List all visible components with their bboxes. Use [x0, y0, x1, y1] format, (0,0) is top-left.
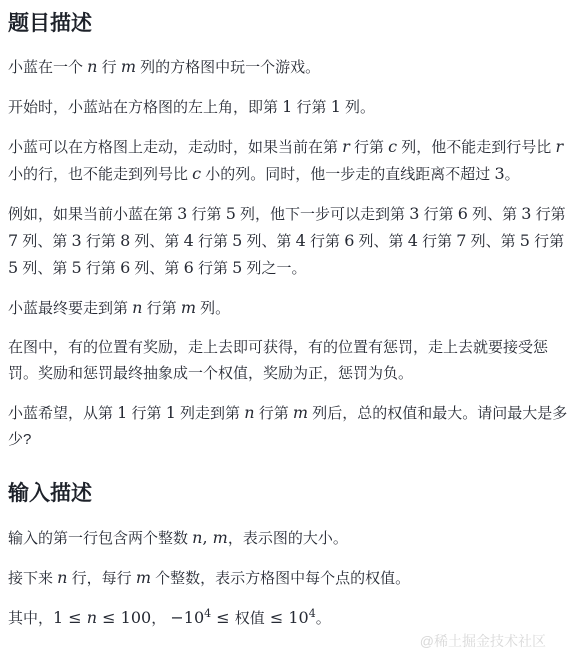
text-run: 行第 [194, 260, 232, 277]
math-number: 4 [296, 231, 306, 250]
text-run: 行 [97, 59, 120, 76]
text-run: ，表示图的大小。 [228, 530, 348, 547]
text-run: 行第 [194, 233, 232, 250]
text-run: 小的列。同时，他一步走的直线距离不超过 [201, 166, 494, 183]
text-run: 行第 [142, 300, 180, 317]
paragraph: 接下来 n 行，每行 m 个整数，表示方格图中每个点的权值。 [8, 565, 568, 592]
math-variable: m [136, 568, 151, 587]
paragraph: 输入的第一行包含两个整数 n, m，表示图的大小。 [8, 525, 568, 552]
text-run: 行第 [127, 405, 165, 422]
math-variable: m [213, 528, 228, 547]
math-variable: n [87, 608, 97, 627]
math-variable: m [121, 57, 136, 76]
text-run: 行第 [350, 139, 388, 156]
text-run: 列、第 [466, 233, 519, 250]
text-run: 例如，如果当前小蓝在第 [8, 206, 177, 223]
math-variable: m [181, 298, 196, 317]
paragraph: 例如，如果当前小蓝在第 3 行第 5 列，他下一步可以走到第 3 行第 6 列、… [8, 201, 568, 282]
text-run: 在图中，有的位置有奖励，走上去即可获得，有的位置有惩罚，走上去就要接受惩罚。奖励… [8, 339, 548, 382]
text-run: 行第 [255, 405, 293, 422]
paragraph: 在图中，有的位置有奖励，走上去即可获得，有的位置有惩罚，走上去就要接受惩罚。奖励… [8, 335, 568, 387]
text-run: 小的行，也不能走到列号比 [8, 166, 192, 183]
text-run: 列、第 [354, 233, 407, 250]
math-number: 1 [117, 403, 127, 422]
text-run: 行第 [531, 206, 565, 223]
math-variable: c [388, 137, 397, 156]
section-title-input: 输入描述 [8, 480, 568, 508]
text-run: 行第 [82, 260, 120, 277]
text-run: 列，他下一步可以走到第 [236, 206, 409, 223]
paragraph: 开始时，小蓝站在方格图的左上角，即第 1 行第 1 列。 [8, 94, 568, 121]
section-description: 题目描述 小蓝在一个 n 行 m 列的方格图中玩一个游戏。 开始时，小蓝站在方格… [8, 10, 568, 453]
text-run: 。 [316, 610, 331, 627]
problem-statement-page: 题目描述 小蓝在一个 n 行 m 列的方格图中玩一个游戏。 开始时，小蓝站在方格… [0, 0, 577, 661]
text-run: 权值 [235, 610, 265, 627]
math-number: 5 [232, 231, 242, 250]
math-number: 4 [408, 231, 418, 250]
text-run: 列。 [341, 99, 375, 116]
math-number: 5 [72, 258, 82, 277]
text-run: 列走到第 [176, 405, 244, 422]
math-variable: n [244, 403, 254, 422]
text-run: 列。 [196, 300, 230, 317]
section-title-description: 题目描述 [8, 10, 568, 38]
math-number: 1 [166, 403, 176, 422]
math-number: 5 [8, 258, 18, 277]
text-run: 行第 [292, 99, 330, 116]
math-variable: m [293, 403, 308, 422]
math-number: ≤ [211, 608, 235, 627]
paragraph: 小蓝在一个 n 行 m 列的方格图中玩一个游戏。 [8, 54, 568, 81]
math-number: 4 [184, 231, 194, 250]
math-variable: r [342, 137, 350, 156]
math-number: 3 [177, 204, 187, 223]
math-number: ≤ 10 [265, 608, 309, 627]
text-run: 行，每行 [67, 570, 135, 587]
math-variable: r [555, 137, 563, 156]
math-number: 7 [8, 231, 18, 250]
math-number: 5 [226, 204, 236, 223]
math-number: 8 [120, 231, 130, 250]
text-run: 列、第 [18, 233, 71, 250]
text-run: 列、第 [130, 233, 183, 250]
text-run: 列，他不能走到行号比 [397, 139, 555, 156]
text-run: 行第 [82, 233, 120, 250]
text-run: 小蓝在一个 [8, 59, 87, 76]
text-run: 行第 [419, 206, 457, 223]
math-variable: n [132, 298, 142, 317]
math-number: 5 [520, 231, 530, 250]
math-number: 6 [344, 231, 354, 250]
math-superscript: 4 [204, 607, 211, 620]
math-number: −10 [170, 608, 204, 627]
math-number: 6 [184, 258, 194, 277]
math-variable: n [192, 528, 202, 547]
text-run: ， [151, 610, 170, 627]
text-run: 开始时，小蓝站在方格图的左上角，即第 [8, 99, 282, 116]
paragraph: 小蓝最终要走到第 n 行第 m 列。 [8, 295, 568, 322]
text-run: 小蓝最终要走到第 [8, 300, 132, 317]
math-number: 3 [521, 204, 531, 223]
math-number: 1 ≤ [53, 608, 87, 627]
text-run: 列的方格图中玩一个游戏。 [136, 59, 320, 76]
math-number: 1 [282, 97, 292, 116]
math-variable: c [192, 164, 201, 183]
math-variable: n [57, 568, 67, 587]
text-run: 行第 [530, 233, 564, 250]
math-number: 3 [72, 231, 82, 250]
math-number: , [202, 528, 212, 547]
math-variable: n [87, 57, 97, 76]
text-run: 列之一。 [242, 260, 306, 277]
text-run: 行第 [306, 233, 344, 250]
text-run: 列、第 [130, 260, 183, 277]
math-number: 6 [120, 258, 130, 277]
math-number: 7 [456, 231, 466, 250]
text-run: 列、第 [468, 206, 521, 223]
math-number: 5 [232, 258, 242, 277]
text-run: 其中， [8, 610, 53, 627]
text-run: 行第 [418, 233, 456, 250]
watermark: @稀土掘金技术社区 [420, 634, 546, 648]
paragraph: 其中，1 ≤ n ≤ 100， −104 ≤ 权值 ≤ 104。 [8, 605, 568, 633]
paragraph: 小蓝希望，从第 1 行第 1 列走到第 n 行第 m 列后，总的权值和最大。请问… [8, 400, 568, 453]
text-run: 小蓝希望，从第 [8, 405, 117, 422]
text-run: 接下来 [8, 570, 57, 587]
text-run: 输入的第一行包含两个整数 [8, 530, 192, 547]
math-number: 3 [409, 204, 419, 223]
text-run: 。 [505, 166, 520, 183]
section-input: 输入描述 输入的第一行包含两个整数 n, m，表示图的大小。 接下来 n 行，每… [8, 480, 568, 632]
text-run: 列、第 [242, 233, 295, 250]
math-number: ≤ 100 [97, 608, 151, 627]
math-superscript: 4 [309, 607, 316, 620]
math-number: 6 [458, 204, 468, 223]
math-number: 1 [331, 97, 341, 116]
text-run: 个整数，表示方格图中每个点的权值。 [151, 570, 410, 587]
text-run: 行第 [187, 206, 225, 223]
text-run: 小蓝可以在方格图上走动，走动时，如果当前在第 [8, 139, 342, 156]
math-number: 3 [494, 164, 504, 183]
paragraph: 小蓝可以在方格图上走动，走动时，如果当前在第 r 行第 c 列，他不能走到行号比… [8, 134, 568, 188]
text-run: 列、第 [18, 260, 71, 277]
